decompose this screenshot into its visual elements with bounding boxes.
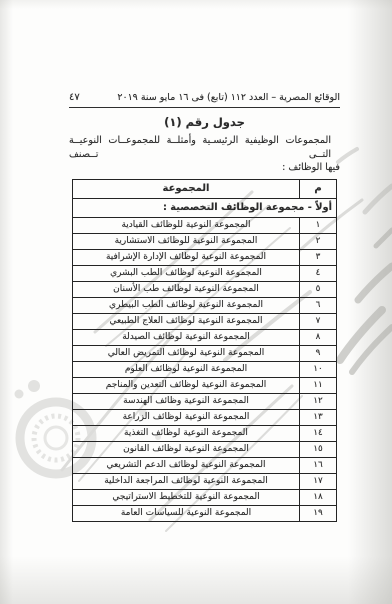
- table-row: ١١ المجموعة النوعية لوظائف التعدين والمن…: [73, 377, 337, 393]
- table-row: ١٧ المجموعة النوعية لوظائف المراجعة الدا…: [73, 473, 337, 489]
- row-number: ٩: [300, 345, 337, 361]
- table-row: ٦ المجموعة النوعية لوظائف الطب البيطري: [73, 297, 337, 313]
- intro-line-2: فيها الوظائف :: [69, 161, 340, 175]
- row-group: المجموعة النوعية لوظائف التمريض العالي: [73, 345, 300, 361]
- row-number: ١٩: [300, 505, 337, 521]
- table-row: ١٥ المجموعة النوعية لوظائف القانون: [73, 441, 337, 457]
- row-number: ٨: [300, 329, 337, 345]
- row-group: المجموعة النوعية للسياسات العامة: [73, 505, 300, 521]
- table-title: جدول رقم (١): [69, 116, 340, 129]
- table-row: ٢ المجموعة النوعية للوظائف الاستشارية: [73, 233, 337, 249]
- table-row: ١٩ المجموعة النوعية للسياسات العامة: [73, 505, 337, 521]
- row-group: المجموعة النوعية لوظائف التغذية: [73, 425, 300, 441]
- row-number: ١٤: [300, 425, 337, 441]
- jobs-table: م المجموعة أولاً - مجموعة الوظائف التخصص…: [72, 179, 337, 522]
- row-number: ٣: [300, 249, 337, 265]
- row-number: ١٢: [300, 393, 337, 409]
- intro-line-1: المجموعات الوظيفية الرئيسـية وأمثلــة لل…: [69, 134, 340, 161]
- row-number: ١٥: [300, 441, 337, 457]
- row-number: ٢: [300, 233, 337, 249]
- page-content: الوقائع المصرية – العدد ١١٢ (تابع) فى ١٦…: [69, 0, 340, 522]
- row-number: ١: [300, 217, 337, 233]
- table-row: ١٦ المجموعة النوعية لوظائف الدعم التشريع…: [73, 457, 337, 473]
- row-group: المجموعة النوعية للوظائف الاستشارية: [73, 233, 300, 249]
- row-number: ١١: [300, 377, 337, 393]
- row-group: المجموعة النوعية لوظائف التعدين والمناجم: [73, 377, 300, 393]
- document-page: الوقائع المصرية – العدد ١١٢ (تابع) فى ١٦…: [0, 0, 392, 604]
- row-number: ٦: [300, 297, 337, 313]
- row-number: ١٨: [300, 489, 337, 505]
- table-row: ٧ المجموعة النوعية لوظائف العلاج الطبيعي: [73, 313, 337, 329]
- column-header-number: م: [300, 179, 337, 198]
- table-row: ٩ المجموعة النوعية لوظائف التمريض العالي: [73, 345, 337, 361]
- table-row: ٨ المجموعة النوعية لوظائف الصيدلة: [73, 329, 337, 345]
- column-header-group: المجموعة: [73, 179, 300, 198]
- section-header-row: أولاً - مجموعة الوظائف التخصصية :: [73, 198, 337, 217]
- table-header: م المجموعة: [73, 179, 337, 198]
- row-number: ١٦: [300, 457, 337, 473]
- row-number: ١٠: [300, 361, 337, 377]
- intro-paragraph: المجموعات الوظيفية الرئيسـية وأمثلــة لل…: [69, 134, 340, 175]
- row-group: المجموعة النوعية لوظائف المراجعة الداخلي…: [73, 473, 300, 489]
- row-group: المجموعة النوعية لوظائف العلوم: [73, 361, 300, 377]
- table-row: ٥ المجموعة النوعية لوظائف طب الأسنان: [73, 281, 337, 297]
- row-number: ٤: [300, 265, 337, 281]
- row-group: المجموعة النوعية للوظائف القيادية: [73, 217, 300, 233]
- row-number: ١٧: [300, 473, 337, 489]
- table-row: ٤ المجموعة النوعية لوظائف الطب البشري: [73, 265, 337, 281]
- table-row: ١٢ المجموعة النوعية وظائف الهندسة: [73, 393, 337, 409]
- table-row: ١٤ المجموعة النوعية لوظائف التغذية: [73, 425, 337, 441]
- row-number: ٧: [300, 313, 337, 329]
- row-group: المجموعة النوعية للتخطيط الاستراتيجي: [73, 489, 300, 505]
- table-body: أولاً - مجموعة الوظائف التخصصية : ١ المج…: [73, 198, 337, 521]
- gazette-header: الوقائع المصرية – العدد ١١٢ (تابع) فى ١٦…: [117, 92, 340, 104]
- header-rule: [69, 107, 340, 108]
- table-row: ١٨ المجموعة النوعية للتخطيط الاستراتيجي: [73, 489, 337, 505]
- row-group: المجموعة النوعية لوظائف القانون: [73, 441, 300, 457]
- table-row: ٣ المجموعة النوعية لوظائف الإدارة الإشرا…: [73, 249, 337, 265]
- table-row: ١٠ المجموعة النوعية لوظائف العلوم: [73, 361, 337, 377]
- row-group: المجموعة النوعية وظائف الهندسة: [73, 393, 300, 409]
- table-row: ١ المجموعة النوعية للوظائف القيادية: [73, 217, 337, 233]
- row-group: المجموعة النوعية لوظائف الدعم التشريعي: [73, 457, 300, 473]
- row-group: المجموعة النوعية لوظائف الإدارة الإشرافي…: [73, 249, 300, 265]
- row-group: المجموعة النوعية لوظائف العلاج الطبيعي: [73, 313, 300, 329]
- row-number: ١٣: [300, 409, 337, 425]
- row-group: المجموعة النوعية لوظائف الطب البشري: [73, 265, 300, 281]
- masthead: الوقائع المصرية – العدد ١١٢ (تابع) فى ١٦…: [69, 92, 340, 104]
- section-header-label: أولاً - مجموعة الوظائف التخصصية :: [73, 198, 337, 217]
- row-group: المجموعة النوعية لوظائف الطب البيطري: [73, 297, 300, 313]
- table-row: ١٣ المجموعة النوعية لوظائف الزراعة: [73, 409, 337, 425]
- row-group: المجموعة النوعية لوظائف الصيدلة: [73, 329, 300, 345]
- row-group: المجموعة النوعية لوظائف طب الأسنان: [73, 281, 300, 297]
- stamp-watermark-icon: [340, 230, 392, 372]
- row-group: المجموعة النوعية لوظائف الزراعة: [73, 409, 300, 425]
- page-number: ٤٧: [69, 92, 80, 104]
- row-number: ٥: [300, 281, 337, 297]
